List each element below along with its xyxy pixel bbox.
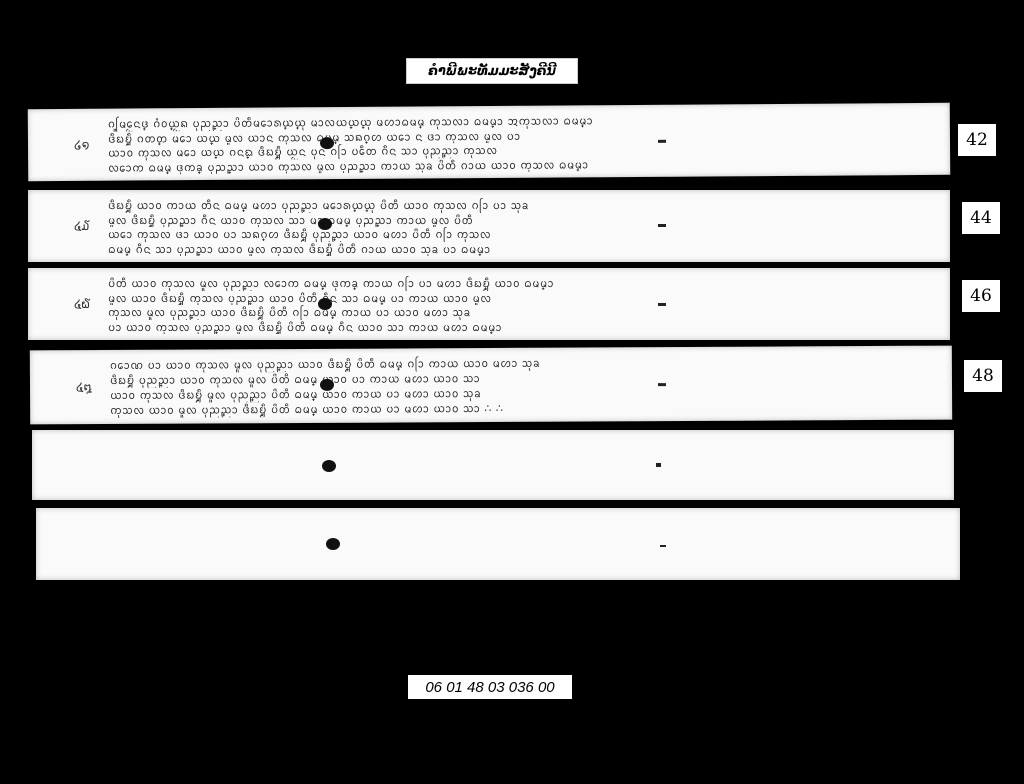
leaf-text-line: ᨠᩩᩈᩃ ᨾᩪᩃ ᨷᩩᨬ᩠ᨬᩣ ᨿᩣᩅ ᨴᩥᨭ᩠ᨮᩥ ᨷᩦᨲᩥ ᨣᩕᩣ ᨵᨾ᩠ᨾ… [108, 305, 930, 320]
palm-leaf-4: ໔໘ ᨣᩮᩣᨱ ᨷᩣ ᨿᩣᩅ ᨠᩩᩈᩃ ᨾᩪᩃ ᨷᩩᨬ᩠ᨬᩣ ᨿᩣᩅ ᨴᩥᨭ᩠ᨮ… [30, 346, 952, 425]
leaf-text-line: ᨷᩦᨲᩥ ᨿᩣᩅ ᨠᩩᩈᩃ ᨾᩪᩃ ᨷᩩᨬ᩠ᨬᩣ ᩃᩮᩣᨠ ᨵᨾ᩠ᨾ ᨴᩩᨠ᩠ᨡ… [108, 276, 930, 291]
palm-leaf-blank-1 [32, 430, 954, 500]
leaf-margin-number: ໔໘ [76, 380, 92, 394]
page-number-label: 44 [962, 202, 1000, 234]
string-hole-icon [318, 298, 332, 310]
page-number-label: 46 [962, 280, 1000, 312]
palm-leaf-2: ໔໓ ᨴᩥᨭ᩠ᨮᩥ ᨿᩣᩅ ᨠᩣᨿ ᨲᩥᨶ ᨵᨾ᩠ᨾ ᨾᩉᩣ ᨷᩩᨬ᩠ᨬᩣ ᨾᩮ… [28, 190, 950, 262]
palm-leaf-3: ໔໖ ᨷᩦᨲᩥ ᨿᩣᩅ ᨠᩩᩈᩃ ᨾᩪᩃ ᨷᩩᨬ᩠ᨬᩣ ᩃᩮᩣᨠ ᨵᨾ᩠ᨾ ᨴᩩ… [28, 268, 950, 340]
center-mark-icon [656, 463, 661, 467]
leaf-text-line: ᨾᩪᩃ ᨿᩣᩅ ᨴᩥᨭ᩠ᨮᩥ ᨠᩩᩈᩃ ᨷᩩᨬ᩠ᨬᩣ ᨿᩣᩅ ᨷᩦᨲᩥ ᨣᩥᨶ … [108, 291, 930, 306]
leaf-text-line: ᨿᩮᩣ ᨠᩩᩈᩃ ᨴᩣ ᨿᩣᩅ ᨷᩣ ᩈᨦ᩠ᨣᩉ ᨴᩥᨭ᩠ᨮᩥ ᨷᩩᨬ᩠ᨬᩣ ᨿ… [108, 227, 930, 242]
page-number-label: 42 [958, 124, 996, 156]
center-mark-icon [658, 383, 666, 386]
center-mark-icon [660, 545, 666, 547]
string-hole-icon [322, 460, 336, 472]
string-hole-icon [320, 137, 334, 149]
leaf-text-line: ᨾᩪᩃ ᨴᩥᨭ᩠ᨮᩥ ᨷᩩᨬ᩠ᨬᩣ ᨣᩥᨶ ᨿᩣᩅ ᨠᩩᩈᩃ ᩈᩣ ᨾᩣ ᨵᨾ᩠… [108, 213, 930, 228]
string-hole-icon [326, 538, 340, 550]
leaf-text-line: ᨵᨾ᩠ᨾ ᨣᩥᨶ ᩈᩣ ᨷᩩᨬ᩠ᨬᩣ ᨿᩣᩅ ᨾᩪᩃ ᨠᩩᩈᩃ ᨴᩥᨭ᩠ᨮᩥ ᨷ… [108, 242, 930, 257]
document-id-label: 06 01 48 03 036 00 [408, 675, 572, 699]
leaf-margin-number: ໔໖ [74, 297, 90, 311]
center-mark-icon [658, 224, 666, 227]
palm-leaf-blank-2 [36, 508, 960, 580]
leaf-margin-number: ໔໓ [74, 219, 90, 233]
string-hole-icon [318, 218, 332, 230]
leaf-text-line: ᨷᩣ ᨿᩣᩅ ᨠᩩᩈᩃ ᨷᩩᨬ᩠ᨬᩣ ᨾᩪᩃ ᨴᩥᨭ᩠ᨮᩥ ᨷᩦᨲᩥ ᨵᨾ᩠ᨾ … [108, 320, 930, 335]
page-number-label: 48 [964, 360, 1002, 392]
center-mark-icon [658, 140, 666, 143]
palm-leaf-1: ໒໑ ᨣᩕᩪᨾᩮᩬᨶ᩠ᨴ ᨣᩴᩅ᩠ᨿᩬᨦ ᨷᩩᨬ᩠ᨬᩣ ᨷᩦᨲᩥᨾᩮᩣᩁ᩠ᨿ᩠ᨿ… [28, 103, 950, 181]
leaf-margin-number: ໒໑ [74, 138, 89, 152]
string-hole-icon [320, 379, 334, 391]
leaf-text-line: ᨠᩩᩈᩃ ᨿᩣᩅ ᨾᩪᩃ ᨷᩩᨬ᩠ᨬᩣ ᨴᩥᨭ᩠ᨮᩥ ᨷᩦᨲᩥ ᨵᨾ᩠ᨾ ᨿᩣᩅ… [110, 399, 932, 418]
leaf-text-line: ᨴᩥᨭ᩠ᨮᩥ ᨿᩣᩅ ᨠᩣᨿ ᨲᩥᨶ ᨵᨾ᩠ᨾ ᨾᩉᩣ ᨷᩩᨬ᩠ᨬᩣ ᨾᩮᩣᩁ᩠… [108, 198, 930, 213]
center-mark-icon [658, 303, 666, 306]
manuscript-title-label: ຄຳພີພະທັມມະສັງຄີນີ [406, 58, 578, 84]
